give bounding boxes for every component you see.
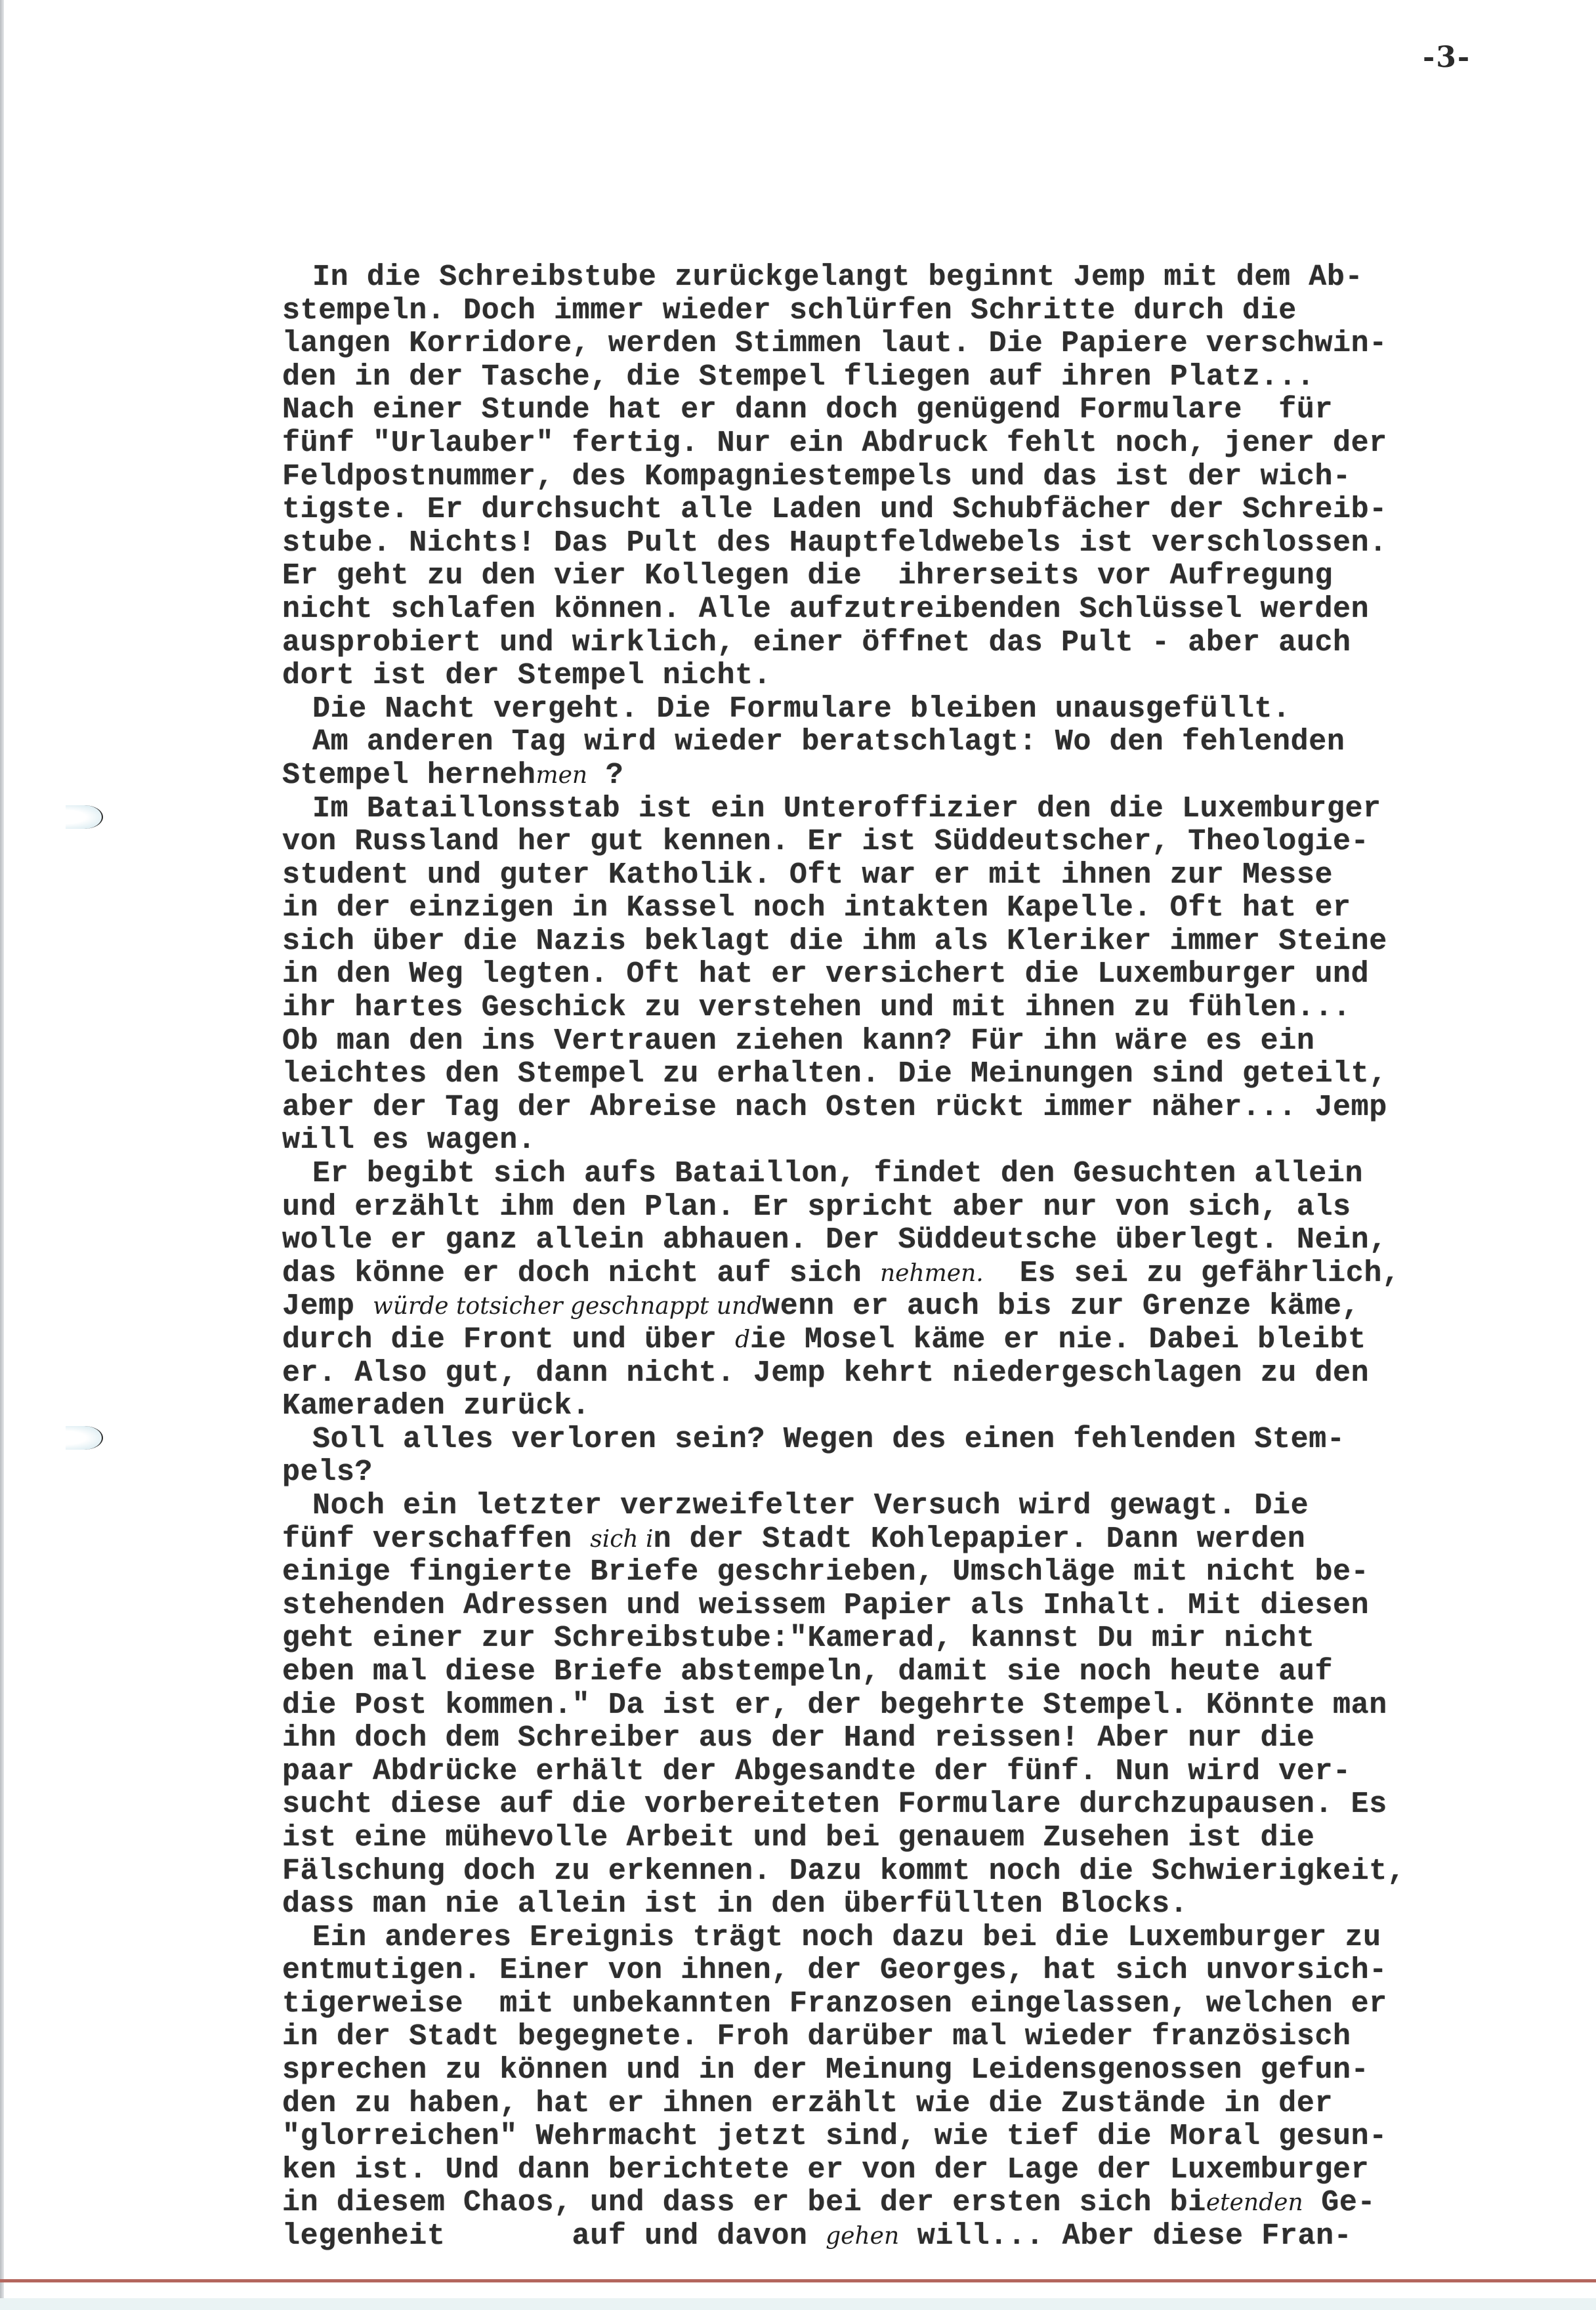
text-line: Am anderen Tag wird wieder beratschlagt:… bbox=[282, 726, 1542, 759]
text-line: Die Nacht vergeht. Die Formulare bleiben… bbox=[282, 693, 1542, 726]
text-line: einige fingierte Briefe geschrieben, Ums… bbox=[282, 1556, 1542, 1589]
text-line: dort ist der Stempel nicht. bbox=[282, 660, 1542, 693]
text-line: aber der Tag der Abreise nach Osten rück… bbox=[282, 1091, 1542, 1125]
typed-text: ie Mosel käme er nie. Dabei bleibt bbox=[750, 1323, 1366, 1356]
text-line: er. Also gut, dann nicht. Jemp kehrt nie… bbox=[282, 1357, 1542, 1391]
text-line: in den Weg legten. Oft hat er versichert… bbox=[282, 958, 1542, 992]
page-number: -3- bbox=[1423, 41, 1471, 74]
text-line-annotated: das könne er doch nicht auf sich nehmen.… bbox=[282, 1257, 1542, 1291]
text-line: Ein anderes Ereignis trägt noch dazu bei… bbox=[282, 1921, 1542, 1955]
typed-text: Stempel herneh bbox=[282, 759, 535, 792]
text-line: ihr hartes Geschick zu verstehen und mit… bbox=[282, 992, 1542, 1025]
text-line-annotated: legenheit auf und davon gehen will... Ab… bbox=[282, 2220, 1542, 2254]
text-line: sprechen zu können und in der Meinung Le… bbox=[282, 2054, 1542, 2088]
text-line-annotated: durch die Front und über die Mosel käme … bbox=[282, 1324, 1542, 1357]
text-line: In die Schreibstube zurückgelangt beginn… bbox=[282, 261, 1542, 295]
typewritten-body: In die Schreibstube zurückgelangt beginn… bbox=[282, 261, 1542, 2254]
handwritten-correction: d bbox=[735, 1326, 750, 1353]
punch-hole-upper bbox=[66, 805, 103, 829]
text-line: tigste. Er durchsucht alle Laden und Sch… bbox=[282, 493, 1542, 527]
handwritten-correction: men bbox=[535, 762, 587, 789]
text-line: Fälschung doch zu erkennen. Dazu kommt n… bbox=[282, 1855, 1542, 1889]
text-line: leichtes den Stempel zu erhalten. Die Me… bbox=[282, 1058, 1542, 1091]
handwritten-correction: nehmen. bbox=[880, 1260, 984, 1287]
text-line: fünf "Urlauber" fertig. Nur ein Abdruck … bbox=[282, 427, 1542, 461]
text-line: von Russland her gut kennen. Er ist Südd… bbox=[282, 826, 1542, 859]
typed-text: das könne er doch nicht auf sich bbox=[282, 1257, 880, 1290]
text-line: in der einzigen in Kassel noch intakten … bbox=[282, 892, 1542, 925]
typed-text: will... Aber diese Fran- bbox=[899, 2219, 1352, 2253]
text-line-annotated: Stempel hernehmen ? bbox=[282, 759, 1542, 793]
text-line: langen Korridore, werden Stimmen laut. D… bbox=[282, 327, 1542, 361]
text-line: "glorreichen" Wehrmacht jetzt sind, wie … bbox=[282, 2120, 1542, 2154]
text-line: nicht schlafen können. Alle aufzutreiben… bbox=[282, 593, 1542, 627]
typed-text: fünf verschaffen bbox=[282, 1522, 590, 1556]
text-line: stempeln. Doch immer wieder schlürfen Sc… bbox=[282, 295, 1542, 328]
typed-text: n der Stadt Kohlepapier. Dann werden bbox=[654, 1522, 1306, 1556]
text-line: Ob man den ins Vertrauen ziehen kann? Fü… bbox=[282, 1025, 1542, 1059]
handwritten-correction: sich i bbox=[590, 1526, 653, 1553]
text-line: sich über die Nazis beklagt die ihm als … bbox=[282, 925, 1542, 959]
text-line: Soll alles verloren sein? Wegen des eine… bbox=[282, 1423, 1542, 1457]
text-line: ausprobiert und wirklich, einer öffnet d… bbox=[282, 627, 1542, 660]
typed-text: in diesem Chaos, und dass er bei der ers… bbox=[282, 2186, 1206, 2219]
text-line: pels? bbox=[282, 1456, 1542, 1490]
text-line: in der Stadt begegnete. Froh darüber mal… bbox=[282, 2021, 1542, 2054]
scan-bottom-band bbox=[0, 2298, 1596, 2310]
typed-text: Es sei zu gefährlich, bbox=[984, 1257, 1400, 1290]
text-line: will es wagen. bbox=[282, 1124, 1542, 1158]
text-line-annotated: Jemp würde totsicher geschnappt undwenn … bbox=[282, 1290, 1542, 1324]
text-line: entmutigen. Einer von ihnen, der Georges… bbox=[282, 1954, 1542, 1988]
text-line: den zu haben, hat er ihnen erzählt wie d… bbox=[282, 2088, 1542, 2121]
handwritten-correction: würde totsicher geschnappt und bbox=[373, 1293, 762, 1320]
text-line: stehenden Adressen und weissem Papier al… bbox=[282, 1589, 1542, 1623]
text-line: ist eine mühevolle Arbeit und bei genaue… bbox=[282, 1822, 1542, 1855]
text-line-annotated: fünf verschaffen sich in der Stadt Kohle… bbox=[282, 1523, 1542, 1557]
text-line: den in der Tasche, die Stempel fliegen a… bbox=[282, 361, 1542, 394]
text-line: tigerweise mit unbekannten Franzosen ein… bbox=[282, 1988, 1542, 2021]
text-line: dass man nie allein ist in den überfüllt… bbox=[282, 1888, 1542, 1921]
typed-text: Jemp bbox=[282, 1290, 373, 1323]
text-line: Feldpostnummer, des Kompagniestempels un… bbox=[282, 461, 1542, 494]
text-line: student und guter Katholik. Oft war er m… bbox=[282, 859, 1542, 892]
text-line: stube. Nichts! Das Pult des Hauptfeldweb… bbox=[282, 527, 1542, 560]
scan-bottom-rule bbox=[0, 2279, 1596, 2282]
text-line: ken ist. Und dann berichtete er von der … bbox=[282, 2154, 1542, 2187]
typed-text: wenn er auch bis zur Grenze käme, bbox=[762, 1290, 1360, 1323]
typed-text: durch die Front und über bbox=[282, 1323, 735, 1356]
typed-text: Ge- bbox=[1303, 2186, 1375, 2219]
text-line-annotated: in diesem Chaos, und dass er bei der ers… bbox=[282, 2187, 1542, 2220]
text-line: eben mal diese Briefe abstempeln, damit … bbox=[282, 1656, 1542, 1689]
text-line: sucht diese auf die vorbereiteten Formul… bbox=[282, 1788, 1542, 1822]
text-line: Noch ein letzter verzweifelter Versuch w… bbox=[282, 1490, 1542, 1523]
typed-text: legenheit auf und davon bbox=[282, 2219, 826, 2253]
text-line: wolle er ganz allein abhauen. Der Süddeu… bbox=[282, 1224, 1542, 1257]
text-line: Er begibt sich aufs Bataillon, findet de… bbox=[282, 1158, 1542, 1191]
punch-hole-lower bbox=[66, 1426, 103, 1450]
text-line: Im Bataillonsstab ist ein Unteroffizier … bbox=[282, 793, 1542, 826]
text-line: Nach einer Stunde hat er dann doch genüg… bbox=[282, 394, 1542, 427]
typed-text: ? bbox=[587, 759, 623, 792]
text-line: paar Abdrücke erhält der Abgesandte der … bbox=[282, 1755, 1542, 1789]
handwritten-correction: gehen bbox=[826, 2223, 899, 2250]
text-line: Er geht zu den vier Kollegen die ihrerse… bbox=[282, 560, 1542, 593]
text-line: ihn doch dem Schreiber aus der Hand reis… bbox=[282, 1722, 1542, 1755]
handwritten-correction: etenden bbox=[1206, 2189, 1303, 2216]
scan-left-edge bbox=[0, 0, 4, 2310]
text-line: die Post kommen." Da ist er, der begehrt… bbox=[282, 1689, 1542, 1723]
text-line: geht einer zur Schreibstube:"Kamerad, ka… bbox=[282, 1622, 1542, 1656]
text-line: und erzählt ihm den Plan. Er spricht abe… bbox=[282, 1191, 1542, 1225]
text-line: Kameraden zurück. bbox=[282, 1390, 1542, 1423]
